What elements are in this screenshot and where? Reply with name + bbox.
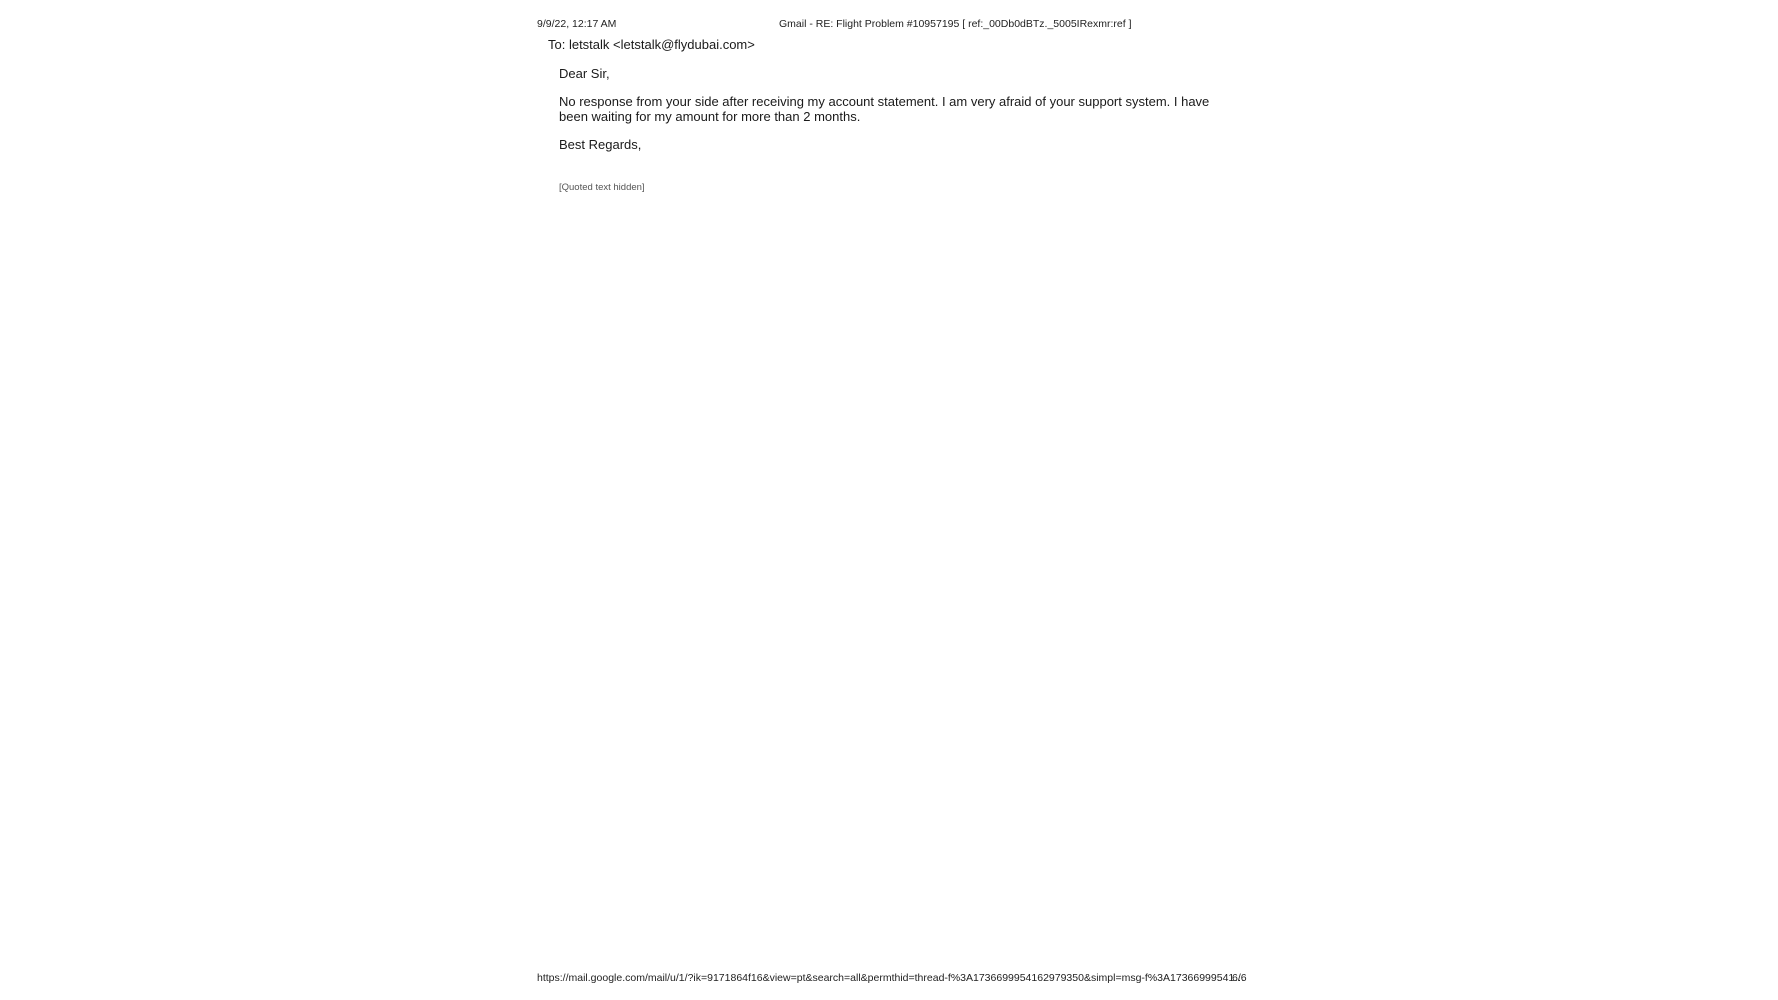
email-signoff: Best Regards, (559, 137, 641, 152)
page-number: 6/6 (1232, 972, 1247, 984)
quoted-text-hidden: [Quoted text hidden] (559, 182, 645, 193)
recipient-line: To: letstalk <letstalk@flydubai.com> (548, 37, 755, 52)
print-page-title: Gmail - RE: Flight Problem #10957195 [ r… (779, 18, 1132, 30)
email-body-paragraph: No response from your side after receivi… (559, 94, 1239, 124)
print-date-time: 9/9/22, 12:17 AM (537, 18, 616, 30)
email-greeting: Dear Sir, (559, 66, 610, 81)
print-url: https://mail.google.com/mail/u/1/?ik=917… (537, 972, 1245, 984)
